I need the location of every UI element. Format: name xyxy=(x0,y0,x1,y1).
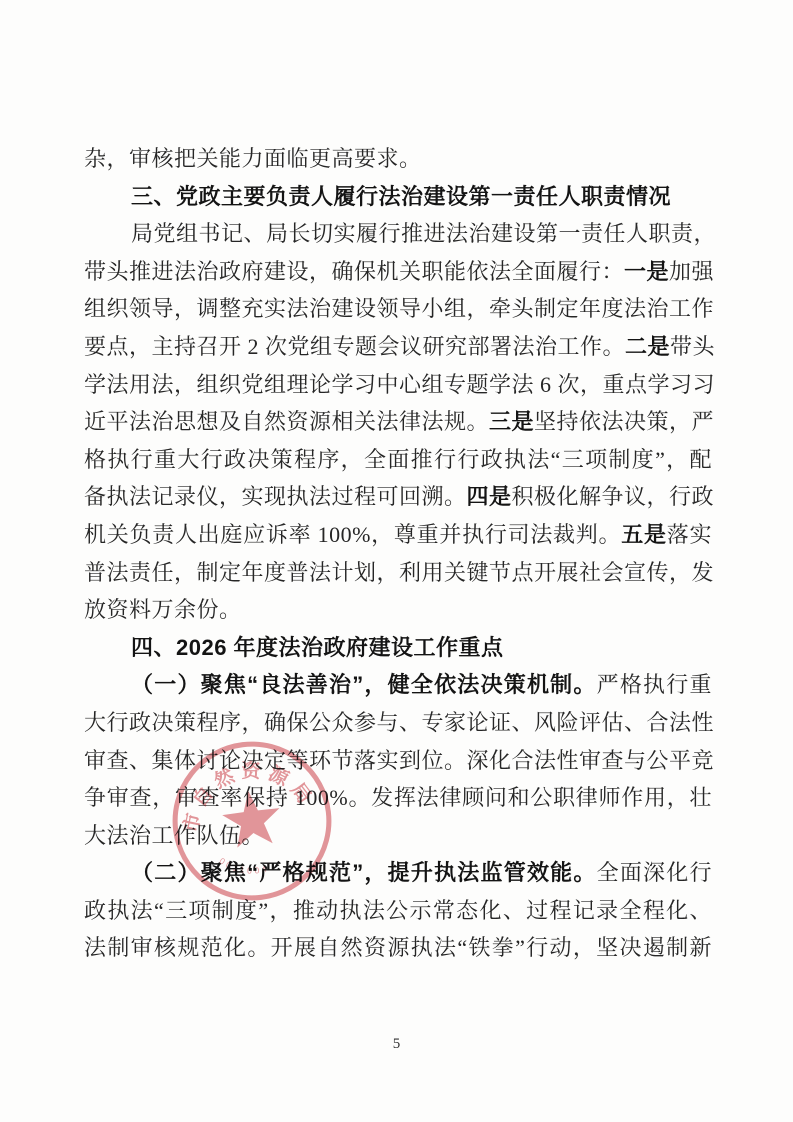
text-line: 学法用法，组织党组理论学习中心组专题学法 6 次，重点学习习 xyxy=(84,366,712,404)
text-line: （二）聚焦“严格规范”，提升执法监管效能。全面深化行 xyxy=(84,854,712,892)
text-line: 争审查，审查率保持 100%。发挥法律顾问和公职律师作用，壮 xyxy=(84,779,712,817)
text-line: 带头推进法治政府建设，确保机关职能依法全面履行：一是加强 xyxy=(84,253,712,291)
body-text: 落实 xyxy=(667,522,712,547)
text-line: （一）聚焦“良法善治”，健全依法决策机制。严格执行重 xyxy=(84,666,712,704)
text-line: 组织领导，调整充实法治建设领导小组，牵头制定年度法治工作 xyxy=(84,290,712,328)
body-text: 积极化解争议，行政 xyxy=(512,484,715,509)
text-line: 大法治工作队伍。 xyxy=(84,817,712,855)
text-block: 杂，审核把关能力面临更高要求。三、党政主要负责人履行法治建设第一责任人职责情况局… xyxy=(84,140,712,967)
body-text: 杂，审核把关能力面临更高要求。 xyxy=(84,146,422,171)
emphasis-text: 五是 xyxy=(621,522,666,547)
body-text: 要点，主持召开 2 次党组专题会议研究部署法治工作。 xyxy=(84,334,625,359)
body-text: 备执法记录仪，实现执法过程可回溯。 xyxy=(84,484,467,509)
page-number: 5 xyxy=(0,1036,793,1053)
text-line: 格执行重大行政决策程序，全面推行行政执法“三项制度”，配 xyxy=(84,441,712,479)
body-text: 全面深化行 xyxy=(597,860,712,885)
body-text: 大法治工作队伍。 xyxy=(84,823,264,848)
text-line: 近平法治思想及自然资源相关法律法规。三是坚持依法决策，严 xyxy=(84,403,712,441)
text-line: 普法责任，制定年度普法计划，利用关键节点开展社会宣传，发 xyxy=(84,554,712,592)
section-heading: 四、2026 年度法治政府建设工作重点 xyxy=(84,629,712,667)
body-text: 近平法治思想及自然资源相关法律法规。 xyxy=(84,409,489,434)
body-text: 审查、集体讨论决定等环节落实到位。深化合法性审查与公平竞 xyxy=(84,748,714,773)
body-text: 政执法“三项制度”，推动执法公示常态化、过程记录全程化、 xyxy=(84,898,712,923)
section-heading: 三、党政主要负责人履行法治建设第一责任人职责情况 xyxy=(84,178,712,216)
body-text: 大行政决策程序，确保公众参与、专家论证、风险评估、合法性 xyxy=(84,710,714,735)
body-text: 机关负责人出庭应诉率 100%，尊重并执行司法裁判。 xyxy=(84,522,621,547)
emphasis-text: （一）聚焦“良法善治”，健全依法决策机制。 xyxy=(131,672,597,697)
emphasis-text: 四是 xyxy=(467,484,512,509)
document-page: 杂，审核把关能力面临更高要求。三、党政主要负责人履行法治建设第一责任人职责情况局… xyxy=(0,0,793,1122)
body-text: 法制审核规范化。开展自然资源执法“铁拳”行动，坚决遏制新 xyxy=(84,935,712,960)
body-text: 加强 xyxy=(669,259,714,284)
body-text: 局党组书记、局长切实履行推进法治建设第一责任人职责， xyxy=(131,221,716,246)
emphasis-text: 四、2026 年度法治政府建设工作重点 xyxy=(131,635,504,660)
emphasis-text: 三、党政主要负责人履行法治建设第一责任人职责情况 xyxy=(131,184,671,209)
text-line: 要点，主持召开 2 次党组专题会议研究部署法治工作。二是带头 xyxy=(84,328,712,366)
body-text: 争审查，审查率保持 100%。发挥法律顾问和公职律师作用，壮 xyxy=(84,785,712,810)
body-text: 学法用法，组织党组理论学习中心组专题学法 6 次，重点学习习 xyxy=(84,372,715,397)
emphasis-text: 二是 xyxy=(625,334,670,359)
text-line: 政执法“三项制度”，推动执法公示常态化、过程记录全程化、 xyxy=(84,892,712,930)
emphasis-text: 一是 xyxy=(624,259,669,284)
text-line: 法制审核规范化。开展自然资源执法“铁拳”行动，坚决遏制新 xyxy=(84,929,712,967)
body-text: 带头 xyxy=(670,334,715,359)
body-text: 格执行重大行政决策程序，全面推行行政执法“三项制度”，配 xyxy=(84,447,712,472)
body-text: 严格执行重 xyxy=(597,672,712,697)
text-line: 备执法记录仪，实现执法过程可回溯。四是积极化解争议，行政 xyxy=(84,478,712,516)
text-line: 机关负责人出庭应诉率 100%，尊重并执行司法裁判。五是落实 xyxy=(84,516,712,554)
body-text: 放资料万余份。 xyxy=(84,597,242,622)
body-text: 普法责任，制定年度普法计划，利用关键节点开展社会宣传，发 xyxy=(84,560,714,585)
text-line: 放资料万余份。 xyxy=(84,591,712,629)
body-text: 带头推进法治政府建设，确保机关职能依法全面履行： xyxy=(84,259,624,284)
text-line: 杂，审核把关能力面临更高要求。 xyxy=(84,140,712,178)
text-line: 局党组书记、局长切实履行推进法治建设第一责任人职责， xyxy=(84,215,712,253)
text-line: 大行政决策程序，确保公众参与、专家论证、风险评估、合法性 xyxy=(84,704,712,742)
text-line: 审查、集体讨论决定等环节落实到位。深化合法性审查与公平竞 xyxy=(84,742,712,780)
emphasis-text: （二）聚焦“严格规范”，提升执法监管效能。 xyxy=(131,860,597,885)
body-text: 组织领导，调整充实法治建设领导小组，牵头制定年度法治工作 xyxy=(84,296,714,321)
emphasis-text: 三是 xyxy=(489,409,534,434)
body-text: 坚持依法决策，严 xyxy=(534,409,714,434)
